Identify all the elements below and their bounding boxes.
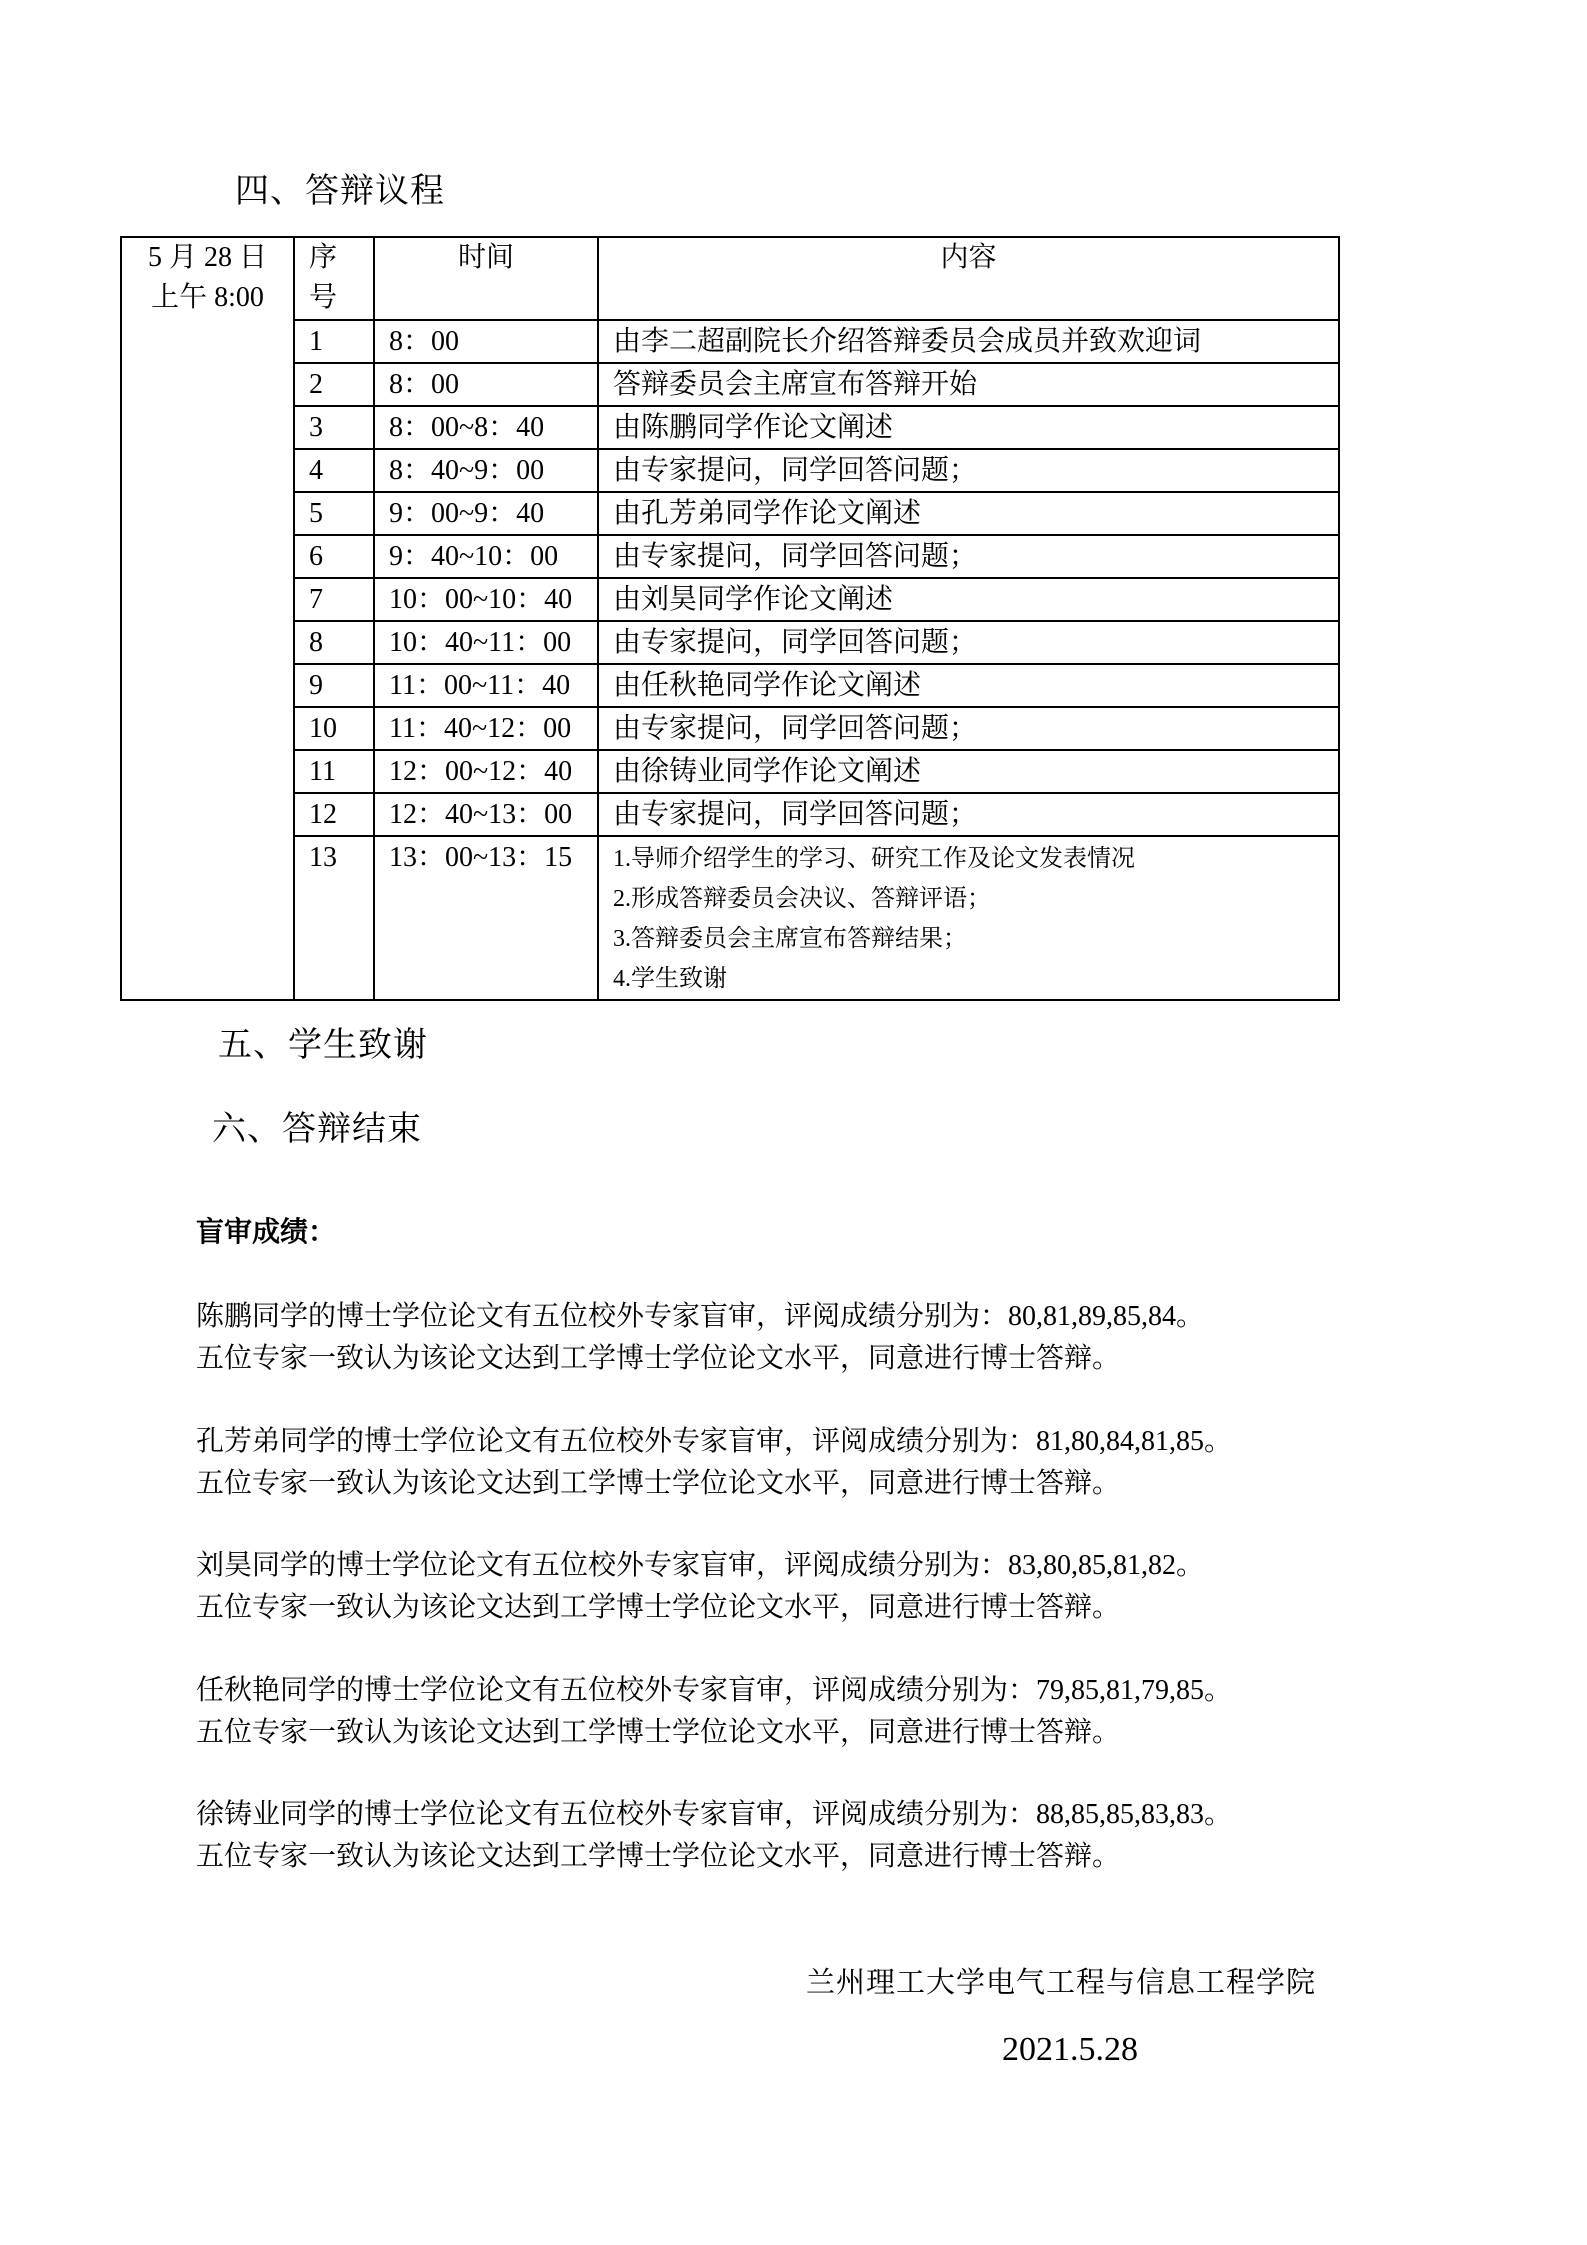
time-line: 上午 8:00 [122, 278, 293, 318]
row-time: 8：00 [374, 363, 598, 406]
row-time: 8：00 [374, 320, 598, 363]
review-paragraph: 徐铸业同学的博士学位论文有五位校外专家盲审，评阅成绩分别为：88,85,85,8… [196, 1794, 1232, 1878]
review-paragraph: 陈鹏同学的博士学位论文有五位校外专家盲审，评阅成绩分别为：80,81,89,85… [196, 1296, 1204, 1380]
table-row: 6 9：40~10：00 由专家提问，同学回答问题； [121, 535, 1339, 578]
row-seq: 8 [294, 621, 374, 664]
review-paragraph: 孔芳弟同学的博士学位论文有五位校外专家盲审，评阅成绩分别为：81,80,84,8… [196, 1421, 1232, 1505]
row-content: 由专家提问，同学回答问题； [598, 793, 1339, 836]
row-time: 12：40~13：00 [374, 793, 598, 836]
row-seq: 10 [294, 707, 374, 750]
list-item: 1.导师介绍学生的学习、研究工作及论文发表情况 [613, 839, 1338, 879]
row-seq: 1 [294, 320, 374, 363]
review-conclusion-line: 五位专家一致认为该论文达到工学博士学位论文水平，同意进行博士答辩。 [196, 1463, 1232, 1505]
review-scores-line: 徐铸业同学的博士学位论文有五位校外专家盲审，评阅成绩分别为：88,85,85,8… [196, 1794, 1232, 1836]
row-time: 9：40~10：00 [374, 535, 598, 578]
row-seq: 2 [294, 363, 374, 406]
row-seq: 11 [294, 750, 374, 793]
table-row: 5 9：00~9：40 由孔芳弟同学作论文阐述 [121, 492, 1339, 535]
list-item: 3.答辩委员会主席宣布答辩结果； [613, 919, 1338, 959]
review-paragraph: 刘昊同学的博士学位论文有五位校外专家盲审，评阅成绩分别为：83,80,85,81… [196, 1545, 1204, 1629]
row-time: 8：00~8：40 [374, 406, 598, 449]
row-content: 由李二超副院长介绍答辩委员会成员并致欢迎词 [598, 320, 1339, 363]
row-time: 8：40~9：00 [374, 449, 598, 492]
row-time: 10：00~10：40 [374, 578, 598, 621]
table-header-row: 5 月 28 日 上午 8:00 序号 时间 内容 [121, 237, 1339, 320]
review-scores-line: 孔芳弟同学的博士学位论文有五位校外专家盲审，评阅成绩分别为：81,80,84,8… [196, 1421, 1232, 1463]
review-conclusion-line: 五位专家一致认为该论文达到工学博士学位论文水平，同意进行博士答辩。 [196, 1712, 1232, 1754]
row-content: 由孔芳弟同学作论文阐述 [598, 492, 1339, 535]
table-row: 7 10：00~10：40 由刘昊同学作论文阐述 [121, 578, 1339, 621]
table-row: 10 11：40~12：00 由专家提问，同学回答问题； [121, 707, 1339, 750]
signature-organization: 兰州理工大学电气工程与信息工程学院 [806, 1965, 1316, 2001]
section-heading-thanks: 五、学生致谢 [218, 1026, 428, 1066]
header-content: 内容 [598, 237, 1339, 320]
row-time: 13：00~13：15 [374, 836, 598, 1000]
list-item: 4.学生致谢 [613, 959, 1338, 999]
row-content: 由任秋艳同学作论文阐述 [598, 664, 1339, 707]
table-row: 9 11：00~11：40 由任秋艳同学作论文阐述 [121, 664, 1339, 707]
date-cell: 5 月 28 日 上午 8:00 [121, 237, 294, 1000]
table-row-final: 13 13：00~13：15 1.导师介绍学生的学习、研究工作及论文发表情况 2… [121, 836, 1339, 1000]
row-content: 由徐铸业同学作论文阐述 [598, 750, 1339, 793]
row-content: 答辩委员会主席宣布答辩开始 [598, 363, 1339, 406]
row-content-list: 1.导师介绍学生的学习、研究工作及论文发表情况 2.形成答辩委员会决议、答辩评语… [598, 836, 1339, 1000]
row-seq: 9 [294, 664, 374, 707]
row-seq: 5 [294, 492, 374, 535]
row-time: 12：00~12：40 [374, 750, 598, 793]
table-row: 2 8：00 答辩委员会主席宣布答辩开始 [121, 363, 1339, 406]
row-seq: 6 [294, 535, 374, 578]
table-row: 8 10：40~11：00 由专家提问，同学回答问题； [121, 621, 1339, 664]
blind-review-label: 盲审成绩： [196, 1216, 336, 1250]
row-content: 由专家提问，同学回答问题； [598, 449, 1339, 492]
row-seq: 3 [294, 406, 374, 449]
review-paragraph: 任秋艳同学的博士学位论文有五位校外专家盲审，评阅成绩分别为：79,85,81,7… [196, 1670, 1232, 1754]
table-row: 12 12：40~13：00 由专家提问，同学回答问题； [121, 793, 1339, 836]
review-scores-line: 任秋艳同学的博士学位论文有五位校外专家盲审，评阅成绩分别为：79,85,81,7… [196, 1670, 1232, 1712]
header-seq: 序号 [309, 238, 337, 318]
row-seq: 4 [294, 449, 374, 492]
row-time: 11：40~12：00 [374, 707, 598, 750]
table-row: 3 8：00~8：40 由陈鹏同学作论文阐述 [121, 406, 1339, 449]
agenda-table: 5 月 28 日 上午 8:00 序号 时间 内容 1 8：00 由李二超副院长… [120, 236, 1340, 1001]
row-content: 由刘昊同学作论文阐述 [598, 578, 1339, 621]
row-content: 由陈鹏同学作论文阐述 [598, 406, 1339, 449]
date-line: 5 月 28 日 [122, 238, 293, 278]
review-conclusion-line: 五位专家一致认为该论文达到工学博士学位论文水平，同意进行博士答辩。 [196, 1836, 1232, 1878]
row-seq: 7 [294, 578, 374, 621]
row-content: 由专家提问，同学回答问题； [598, 535, 1339, 578]
row-content: 由专家提问，同学回答问题； [598, 707, 1339, 750]
table-row: 11 12：00~12：40 由徐铸业同学作论文阐述 [121, 750, 1339, 793]
row-seq: 12 [294, 793, 374, 836]
review-conclusion-line: 五位专家一致认为该论文达到工学博士学位论文水平，同意进行博士答辩。 [196, 1587, 1204, 1629]
row-content: 由专家提问，同学回答问题； [598, 621, 1339, 664]
table-row: 1 8：00 由李二超副院长介绍答辩委员会成员并致欢迎词 [121, 320, 1339, 363]
review-scores-line: 陈鹏同学的博士学位论文有五位校外专家盲审，评阅成绩分别为：80,81,89,85… [196, 1296, 1204, 1338]
row-time: 10：40~11：00 [374, 621, 598, 664]
table-row: 4 8：40~9：00 由专家提问，同学回答问题； [121, 449, 1339, 492]
section-heading-agenda: 四、答辩议程 [235, 172, 445, 212]
review-conclusion-line: 五位专家一致认为该论文达到工学博士学位论文水平，同意进行博士答辩。 [196, 1338, 1204, 1380]
signature-date: 2021.5.28 [1002, 2030, 1138, 2070]
section-heading-end: 六、答辩结束 [212, 1110, 422, 1150]
review-scores-line: 刘昊同学的博士学位论文有五位校外专家盲审，评阅成绩分别为：83,80,85,81… [196, 1545, 1204, 1587]
header-time: 时间 [374, 237, 598, 320]
list-item: 2.形成答辩委员会决议、答辩评语； [613, 879, 1338, 919]
row-seq: 13 [294, 836, 374, 1000]
row-time: 9：00~9：40 [374, 492, 598, 535]
row-time: 11：00~11：40 [374, 664, 598, 707]
